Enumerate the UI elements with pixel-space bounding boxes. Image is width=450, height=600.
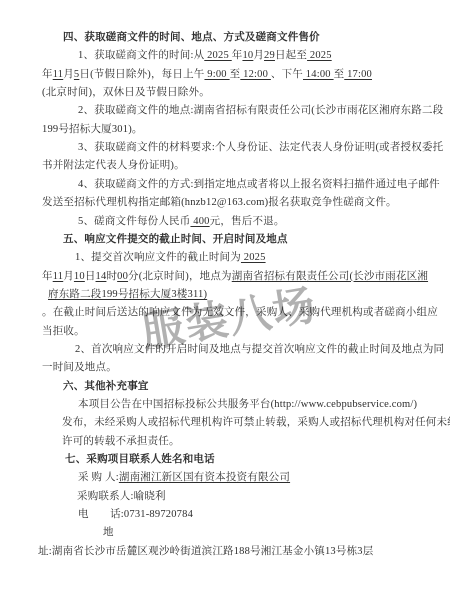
underlined-value: 10	[242, 50, 253, 61]
doc-line: 采购联系人:喻晓利	[77, 490, 166, 503]
text-segment: 2、获取磋商文件的地点:湖南省招标有限责任公司(长沙市雨花区湘府东路二段	[78, 105, 443, 116]
text-segment: 、下午	[271, 69, 303, 80]
doc-line: 址:湖南省长沙市岳麓区观沙岭街道滨江路188号湘江基金小镇13号栋3层	[38, 545, 373, 558]
doc-line: 2、获取磋商文件的地点:湖南省招标有限责任公司(长沙市雨花区湘府东路二段	[78, 104, 443, 117]
underlined-value: 400	[190, 216, 209, 227]
text-segment: 电 话:0731-89720784	[78, 509, 193, 520]
text-segment: 址:湖南省长沙市岳麓区观沙岭街道滨江路188号湘江基金小镇13号栋3层	[38, 546, 373, 557]
text-segment: 地	[103, 527, 114, 538]
text-segment: 发送至招标代理机构指定邮箱(hnzb12@163.com)报名获取竞争性磋商文件…	[42, 197, 397, 208]
underlined-value: 湖南湘江新区国有资本投资有限公司	[119, 472, 290, 483]
underlined-value: 2025	[241, 252, 266, 263]
text-segment: 时	[106, 271, 117, 282]
doc-line: 3、获取磋商文件的材料要求:个人身份证、法定代表人身份证明(或者授权委托	[78, 141, 443, 154]
text-segment: 七、采购项目联系人姓名和电话	[65, 454, 215, 465]
text-segment: 199号招标大厦301)。	[42, 124, 143, 135]
underlined-value: 9:00	[204, 69, 229, 80]
text-segment: 发布，未经采购人或招标代理机构许可禁止转载，采购人或招标代理机构对任何未经	[62, 417, 450, 428]
text-segment: 月	[253, 50, 264, 61]
text-segment: 月	[63, 271, 74, 282]
underlined-value: 10	[74, 271, 85, 282]
doc-line: 四、获取磋商文件的时间、地点、方式及磋商文件售价	[63, 31, 320, 44]
doc-line: 五、响应文件提交的截止时间、开启时间及地点	[63, 233, 288, 246]
doc-line: 当拒收。	[42, 325, 85, 338]
underlined-value: 14:00	[303, 69, 334, 80]
underlined-value: 00	[117, 271, 128, 282]
text-segment: 五、响应文件提交的截止时间、开启时间及地点	[63, 234, 288, 245]
text-segment: 四、获取磋商文件的时间、地点、方式及磋商文件售价	[63, 32, 320, 43]
doc-line: 电 话:0731-89720784	[78, 508, 193, 521]
doc-line: 199号招标大厦301)。	[42, 123, 143, 136]
text-segment: 至	[230, 69, 241, 80]
text-segment: 本项目公告在中国招标投标公共服务平台(http://www.cebpubserv…	[78, 399, 417, 410]
text-segment: 年	[232, 50, 243, 61]
doc-line: 本项目公告在中国招标投标公共服务平台(http://www.cebpubserv…	[78, 398, 417, 411]
doc-line: 年11月10日14时00分(北京时间)，地点为湖南省招标有限责任公司(长沙市雨花…	[42, 270, 428, 283]
doc-line: 一时间及地点。	[42, 361, 117, 374]
text-segment: 采购联系人:喻晓利	[77, 491, 166, 502]
doc-line: 采 购 人:湖南湘江新区国有资本投资有限公司	[78, 471, 290, 484]
doc-line: (北京时间)，双休日及节假日除外。	[42, 86, 210, 99]
underlined-value: 2025	[307, 50, 332, 61]
text-segment: 书并附法定代表人身份证明)。	[42, 160, 185, 171]
doc-line: 5、磋商文件每份人民币 400元，售后不退。	[78, 215, 285, 228]
underlined-value: 14	[96, 271, 107, 282]
underlined-value: 17:00	[344, 69, 372, 80]
doc-line: 发送至招标代理机构指定邮箱(hnzb12@163.com)报名获取竞争性磋商文件…	[42, 196, 397, 209]
text-segment: 当拒收。	[42, 326, 85, 337]
text-segment: 日起至	[275, 50, 307, 61]
text-segment: 一时间及地点。	[42, 362, 117, 373]
underlined-value: 11	[53, 69, 64, 80]
doc-line: 许可的转载不承担责任。	[62, 435, 180, 448]
text-segment: 1、获取磋商文件的时间:从	[78, 50, 204, 61]
document-page: 四、获取磋商文件的时间、地点、方式及磋商文件售价1、获取磋商文件的时间:从 20…	[0, 0, 450, 600]
text-segment: 3、获取磋商文件的材料要求:个人身份证、法定代表人身份证明(或者授权委托	[78, 142, 443, 153]
text-segment: 许可的转载不承担责任。	[62, 436, 180, 447]
text-segment: 年	[42, 69, 53, 80]
text-segment: (北京时间)，双休日及节假日除外。	[42, 87, 210, 98]
text-segment: 4、获取磋商文件的方式:到指定地点或者将以上报名资料扫描件通过电子邮件	[78, 179, 440, 190]
text-segment: 日	[85, 271, 96, 282]
text-segment: 六、其他补充事宜	[63, 381, 149, 392]
doc-line: 地	[103, 526, 114, 539]
underlined-value: 29	[264, 50, 275, 61]
text-segment: 1、提交首次响应文件的截止时间为	[75, 252, 241, 263]
underlined-value: 11	[53, 271, 64, 282]
text-segment: 分(北京时间)，地点为	[128, 271, 232, 282]
text-segment: 至	[334, 69, 345, 80]
text-segment: 月	[63, 69, 74, 80]
doc-line: 1、提交首次响应文件的截止时间为 2025	[75, 251, 266, 264]
doc-line: 发布，未经采购人或招标代理机构许可禁止转载，采购人或招标代理机构对任何未经	[62, 416, 450, 429]
text-segment: 采 购 人:	[78, 472, 119, 483]
text-segment: 2、首次响应文件的开启时间及地点与提交首次响应文件的截止时间及地点为同	[75, 344, 444, 355]
doc-line: 2、首次响应文件的开启时间及地点与提交首次响应文件的截止时间及地点为同	[75, 343, 444, 356]
doc-line: 六、其他补充事宜	[63, 380, 149, 393]
doc-line: 书并附法定代表人身份证明)。	[42, 159, 185, 172]
text-segment: 年	[42, 271, 53, 282]
doc-line: 年11月5日(节假日除外)，每日上午 9:00 至 12:00 、下午 14:0…	[42, 68, 372, 81]
underlined-value: 12:00	[240, 69, 271, 80]
text-segment: 元，售后不退。	[210, 216, 285, 227]
doc-line: 七、采购项目联系人姓名和电话	[65, 453, 215, 466]
doc-line: 4、获取磋商文件的方式:到指定地点或者将以上报名资料扫描件通过电子邮件	[78, 178, 440, 191]
doc-line: 1、获取磋商文件的时间:从 2025 年10月29日起至 2025	[78, 49, 332, 62]
underlined-value: 2025	[204, 50, 231, 61]
text-segment: 5、磋商文件每份人民币	[78, 216, 190, 227]
text-segment: 日(节假日除外)，每日上午	[79, 69, 204, 80]
